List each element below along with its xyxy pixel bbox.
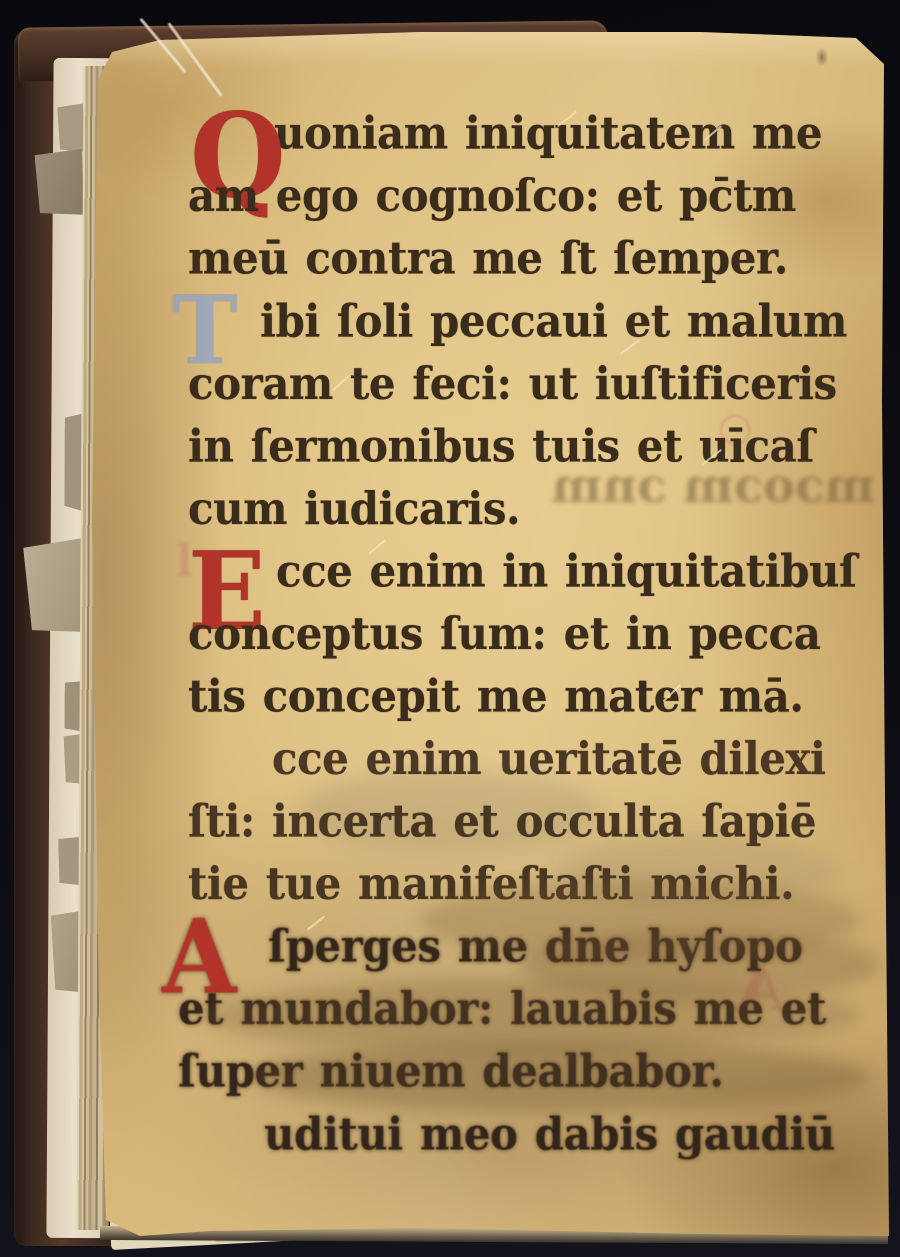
parchment-tab <box>57 104 85 153</box>
manuscript-line: uditui meo dabis gaudiū <box>188 1103 872 1166</box>
manuscript-line: cum iudicaris. <box>188 477 872 540</box>
line-text: am ego cognoſco: et pc̄tm <box>188 170 796 222</box>
line-text: coram te feci: ut iuſtificeris <box>188 357 837 409</box>
manuscript-line: T ibi ſoli peccaui et malum <box>188 290 872 353</box>
line-text: conceptus ſum: et in pecca <box>188 608 820 660</box>
manuscript-line: am ego cognoſco: et pc̄tm <box>188 165 872 228</box>
manuscript-line: cce enim ueritatē dilexi <box>188 727 872 790</box>
line-text: ibi ſoli peccaui et malum <box>260 295 847 347</box>
manuscript-line: conceptus ſum: et in pecca <box>188 602 872 665</box>
manuscript-line: in ſermonibus tuis et uīcaſ <box>188 415 872 478</box>
line-text: tis concepit me mater mā. <box>188 670 803 722</box>
line-text: cum iudicaris. <box>188 483 520 535</box>
parchment-tab <box>34 149 85 217</box>
manuscript-photo: mɔoɔm ɔnm A l Q uoniam iniquitatem me am… <box>0 0 900 1257</box>
line-text: cce enim in iniquitatibuſ <box>276 545 857 597</box>
stain-haze <box>250 1042 870 1112</box>
manuscript-line: tis concepit me mater mā. <box>188 665 872 728</box>
line-text: uoniam iniquitatem me <box>274 107 822 159</box>
manuscript-line: ſti: incerta et occulta ſapiē <box>188 790 872 853</box>
manuscript-line: E cce enim in iniquitatibuſ <box>188 540 872 603</box>
line-text: meū contra me ſt ſemper. <box>188 232 788 284</box>
line-text: uditui meo dabis gaudiū <box>264 1108 835 1160</box>
manuscript-line: coram te feci: ut iuſtificeris <box>188 352 872 415</box>
line-text: in ſermonibus tuis et uīcaſ <box>188 420 814 472</box>
line-text: ſti: incerta et occulta ſapiē <box>188 795 816 847</box>
manuscript-line: Q uoniam iniquitatem me <box>188 102 872 165</box>
line-text: cce enim ueritatē dilexi <box>272 733 825 785</box>
manuscript-line: meū contra me ſt ſemper. <box>188 227 872 290</box>
